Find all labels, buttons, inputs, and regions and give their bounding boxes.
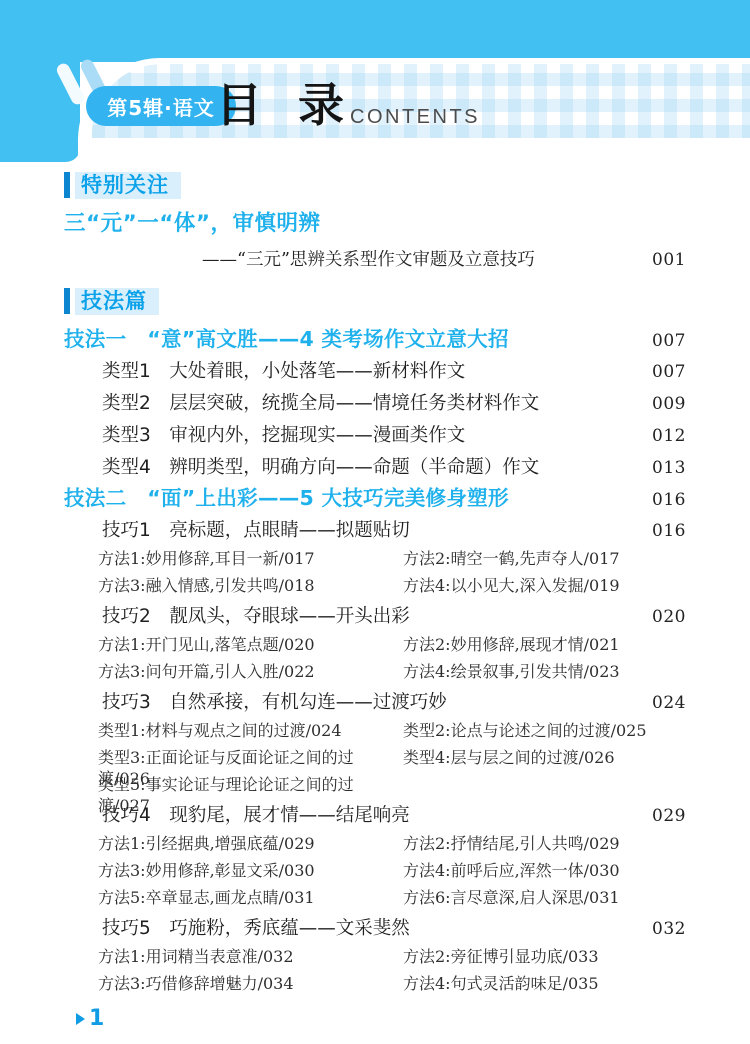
toc-method-row: 方法1:妙用修辞,耳目一新/017 方法2:晴空一鹤,先声夺人/017: [64, 548, 686, 569]
method-right: 类型2:论点与论述之间的过渡/025: [403, 720, 686, 741]
toc-heading-row: 技法二 “面”上出彩——5 大技巧完美修身塑形 016: [64, 487, 686, 510]
toc-item-text: 技巧5 巧施粉，秀底蕴——文采斐然: [102, 917, 410, 940]
toc-method-row: 类型5:事实论证与理论论证之间的过渡/027: [64, 774, 686, 795]
method-right: 方法2:晴空一鹤,先声夺人/017: [403, 548, 686, 569]
page-number: 032: [652, 918, 686, 941]
method-right: 方法2:抒情结尾,引人共鸣/029: [403, 833, 686, 854]
method-right: 方法4:句式灵活韵味足/035: [403, 973, 686, 994]
method-left: 方法1:开门见山,落笔点题/020: [98, 634, 403, 655]
section-bar: [64, 288, 70, 314]
toc-item-row: 技巧2 靓凤头，夺眼球——开头出彩 020: [64, 605, 686, 628]
toc-item-text: 技巧2 靓凤头，夺眼球——开头出彩: [102, 605, 410, 628]
toc-item-row: 类型3 审视内外，挖掘现实——漫画类作文 012: [64, 424, 686, 447]
toc-method-row: 方法3:巧借修辞增魅力/034 方法4:句式灵活韵味足/035: [64, 973, 686, 994]
page-number: 009: [652, 393, 686, 416]
toc-item-text: 类型3 审视内外，挖掘现实——漫画类作文: [102, 424, 465, 447]
section-bar: [64, 172, 70, 198]
feature-subtitle: ——“三元”思辨关系型作文审题及立意技巧: [202, 246, 535, 271]
method-left: 方法3:妙用修辞,彰显文采/030: [98, 860, 403, 881]
method-right: 方法4:以小见大,深入发掘/019: [403, 575, 686, 596]
header-band: [0, 0, 750, 62]
contents-subtitle: CONTENTS: [350, 106, 480, 129]
triangle-icon: [76, 1013, 85, 1025]
toc-item-text: 类型4 辨明类型，明确方向——命题（半命题）作文: [102, 456, 539, 479]
toc-item-row: 类型2 层层突破，统揽全局——情境任务类材料作文 009: [64, 392, 686, 415]
method-left: 方法3:巧借修辞增魅力/034: [98, 973, 403, 994]
page-number: 016: [652, 489, 686, 512]
volume-badge: 第5辑·语文: [86, 86, 236, 126]
method-left: 类型1:材料与观点之间的过渡/024: [98, 720, 403, 741]
method-right: 方法6:言尽意深,启人深思/031: [403, 887, 686, 908]
method-left: 方法5:卒章显志,画龙点睛/031: [98, 887, 403, 908]
toc-method-row: 类型3:正面论证与反面论证之间的过渡/026 类型4:层与层之间的过渡/026: [64, 747, 686, 768]
method-left: 方法1:妙用修辞,耳目一新/017: [98, 548, 403, 569]
method-right: 方法4:前呼后应,浑然一体/030: [403, 860, 686, 881]
toc-heading-text: 技法一 “意”高文胜——4 类考场作文立意大招: [64, 328, 509, 351]
page-number: 012: [652, 425, 686, 448]
feature-title: 三“元”一“体”，审慎明辨: [64, 210, 686, 238]
method-left: 方法1:用词精当表意准/032: [98, 946, 403, 967]
footer-page-indicator: 1: [64, 1008, 686, 1030]
toc-heading-row: 技法一 “意”高文胜——4 类考场作文立意大招 007: [64, 328, 686, 351]
toc-item-row: 技巧5 巧施粉，秀底蕴——文采斐然 032: [64, 917, 686, 940]
toc-item-text: 技巧3 自然承接，有机勾连——过渡巧妙: [102, 691, 447, 714]
toc-page: 第5辑·语文 目 录 CONTENTS 特别关注 三“元”一“体”，审慎明辨 —…: [0, 0, 750, 1044]
toc-method-row: 类型1:材料与观点之间的过渡/024 类型2:论点与论述之间的过渡/025: [64, 720, 686, 741]
section-label: 技法篇: [75, 288, 159, 315]
method-left: 方法1:引经据典,增强底蕴/029: [98, 833, 403, 854]
page-number: 001: [652, 250, 686, 270]
toc-method-row: 方法1:引经据典,增强底蕴/029 方法2:抒情结尾,引人共鸣/029: [64, 833, 686, 854]
toc-method-row: 方法3:融入情感,引发共鸣/018 方法4:以小见大,深入发掘/019: [64, 575, 686, 596]
toc-item-row: 技巧3 自然承接，有机勾连——过渡巧妙 024: [64, 691, 686, 714]
page-number: 016: [652, 520, 686, 543]
toc-item-text: 技巧4 现豹尾，展才情——结尾响亮: [102, 804, 410, 827]
method-left: 方法3:融入情感,引发共鸣/018: [98, 575, 403, 596]
toc-method-row: 方法1:开门见山,落笔点题/020 方法2:妙用修辞,展现才情/021: [64, 634, 686, 655]
method-left: 方法3:问句开篇,引人入胜/022: [98, 661, 403, 682]
section-header-special-focus: 特别关注: [64, 172, 686, 198]
section-header-techniques: 技法篇: [64, 288, 686, 314]
footer-page-number: 1: [89, 1008, 104, 1030]
feature-subtitle-row: ——“三元”思辨关系型作文审题及立意技巧 001: [64, 246, 686, 268]
method-right: 方法4:绘景叙事,引发共情/023: [403, 661, 686, 682]
section-label: 特别关注: [75, 172, 181, 199]
toc-item-row: 类型4 辨明类型，明确方向——命题（半命题）作文 013: [64, 456, 686, 479]
toc-item-text: 类型2 层层突破，统揽全局——情境任务类材料作文: [102, 392, 539, 415]
toc-item-row: 技巧1 亮标题，点眼睛——拟题贴切 016: [64, 519, 686, 542]
toc-method-row: 方法1:用词精当表意准/032 方法2:旁征博引显功底/033: [64, 946, 686, 967]
method-right: 方法2:旁征博引显功底/033: [403, 946, 686, 967]
page-number: 020: [652, 606, 686, 629]
page-number: 007: [652, 330, 686, 353]
page-title: 目 录: [216, 82, 354, 128]
toc-item-row: 技巧4 现豹尾，展才情——结尾响亮 029: [64, 804, 686, 827]
toc-item-text: 技巧1 亮标题，点眼睛——拟题贴切: [102, 519, 410, 542]
page-number: 013: [652, 457, 686, 480]
toc-item-row: 类型1 大处着眼，小处落笔——新材料作文 007: [64, 360, 686, 383]
method-right: 类型4:层与层之间的过渡/026: [403, 747, 686, 768]
toc-content: 特别关注 三“元”一“体”，审慎明辨 ——“三元”思辨关系型作文审题及立意技巧 …: [64, 172, 686, 1030]
toc-method-row: 方法3:妙用修辞,彰显文采/030 方法4:前呼后应,浑然一体/030: [64, 860, 686, 881]
method-right: 方法2:妙用修辞,展现才情/021: [403, 634, 686, 655]
toc-item-text: 类型1 大处着眼，小处落笔——新材料作文: [102, 360, 465, 383]
page-number: 029: [652, 805, 686, 828]
page-number: 007: [652, 361, 686, 384]
toc-method-row: 方法3:问句开篇,引人入胜/022 方法4:绘景叙事,引发共情/023: [64, 661, 686, 682]
page-number: 024: [652, 692, 686, 715]
toc-method-row: 方法5:卒章显志,画龙点睛/031 方法6:言尽意深,启人深思/031: [64, 887, 686, 908]
toc-heading-text: 技法二 “面”上出彩——5 大技巧完美修身塑形: [64, 487, 509, 510]
